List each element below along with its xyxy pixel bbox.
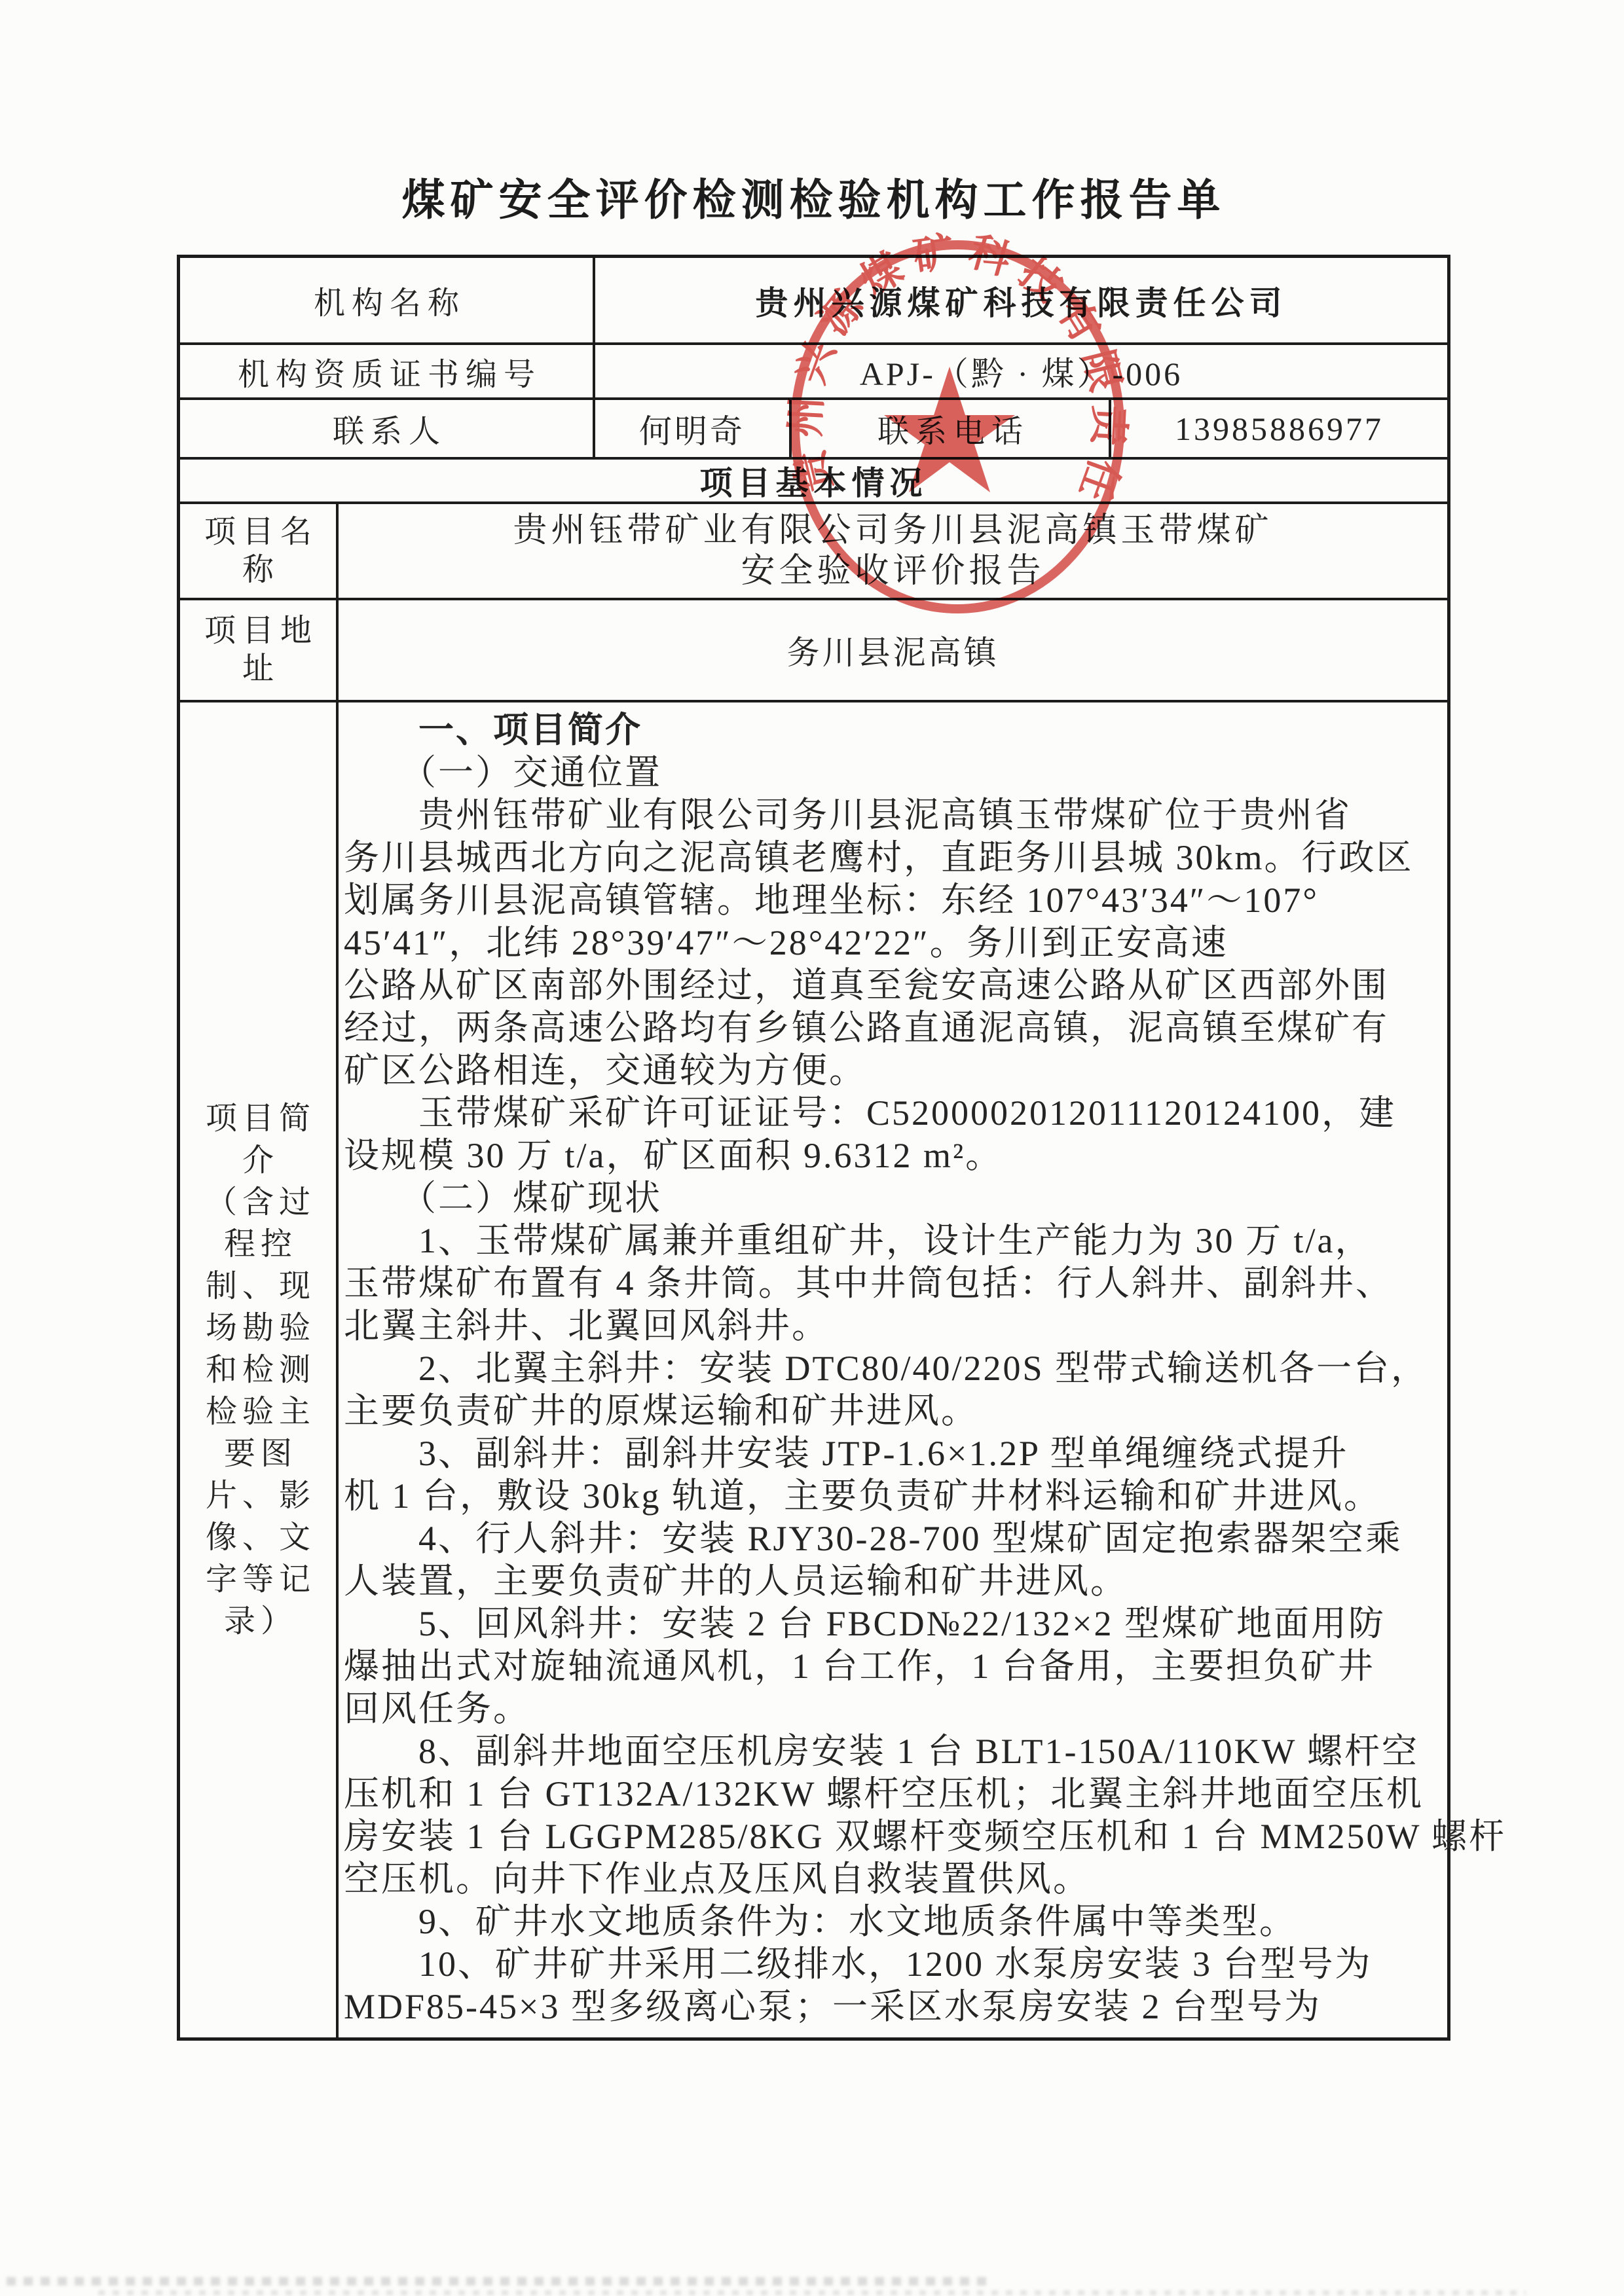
project-section-header: 项目基本情况	[700, 457, 928, 504]
agency-name-value-cell: 贵州兴源煤矿科技有限责任公司	[595, 258, 1447, 342]
project-address-label-line: 项目地	[198, 612, 318, 650]
agency-cert-value-cell: APJ-（黔 · 煤）-006	[595, 345, 1447, 397]
page-bleed-through-strip	[98, 2290, 1526, 2295]
project-address-label-cell: 项目地址	[180, 600, 339, 700]
project-address-row: 项目地址 务川县泥高镇	[180, 600, 1447, 702]
project-summary-body-line: 北翼主斜井、北翼回风斜井。	[344, 1305, 1506, 1347]
project-summary-body-line: 公路从矿区南部外围经过，道真至瓮安高速公路从矿区西部外围	[344, 964, 1506, 1007]
project-section-header-row: 项目基本情况	[180, 460, 1447, 504]
phone-label: 联系电话	[871, 406, 1029, 451]
project-summary-body-line: 主要负责矿井的原煤运输和矿井进风。	[344, 1390, 1506, 1432]
project-summary-body-line: 回风任务。	[344, 1688, 1506, 1730]
project-summary-body-line: 玉带煤矿采矿许可证证号：C5200002012011120124100，建	[344, 1092, 1506, 1135]
agency-cert-label-cell: 机构资质证书编号	[180, 345, 595, 397]
project-summary-label-line: 检验主	[200, 1391, 316, 1433]
project-summary-label-line: 介	[237, 1140, 279, 1182]
contact-label: 联系人	[326, 406, 447, 451]
project-section-header-cell: 项目基本情况	[180, 460, 1447, 501]
project-address-label-line: 址	[236, 650, 280, 688]
project-name-label-line: 项目名	[198, 513, 318, 551]
project-summary-label-line: 项目简	[200, 1098, 316, 1140]
project-name-value-cell: 贵州钰带矿业有限公司务川县泥高镇玉带煤矿安全验收评价报告	[339, 504, 1447, 598]
project-summary-body-line: 划属务川县泥高镇管辖。地理坐标：东经 107°43′34″～107°	[344, 879, 1506, 922]
page-bleed-through-strip	[7, 2277, 989, 2286]
agency-name-label-cell: 机构名称	[180, 258, 595, 342]
project-summary-body-line: （二）煤矿现状	[344, 1177, 1506, 1220]
project-summary-label-line: 字等记	[200, 1559, 316, 1601]
project-summary-label-line: 录）	[219, 1601, 297, 1643]
project-summary-label-line: 要图	[219, 1433, 297, 1475]
agency-cert-row: 机构资质证书编号 APJ-（黔 · 煤）-006	[180, 345, 1447, 400]
project-summary-label-line: 场勘验	[200, 1307, 316, 1349]
project-summary-label-cell: 项目简介（含过程控制、现场勘验和检测检验主要图片、影像、文字等记录）	[180, 702, 339, 2037]
project-summary-body-line: 4、行人斜井：安装 RJY30-28-700 型煤矿固定抱索器架空乘	[344, 1518, 1506, 1560]
scanned-report-page: 煤矿安全评价检测检验机构工作报告单 机构名称 贵州兴源煤矿科技有限责任公司 机构…	[0, 0, 1624, 2296]
project-summary-body-line: 5、回风斜井：安装 2 台 FBCD№22/132×2 型煤矿地面用防	[344, 1603, 1506, 1645]
project-summary-body-line: 玉带煤矿布置有 4 条井筒。其中井筒包括：行人斜井、副斜井、	[344, 1262, 1506, 1305]
contact-value: 何明奇	[639, 405, 745, 452]
project-summary-label-line: 程控	[219, 1224, 297, 1266]
project-summary-body-line: 务川县城西北方向之泥高镇老鹰村，直距务川县城 30km。行政区	[344, 837, 1506, 879]
project-summary-body-line: 爆抽出式对旋轴流通风机，1 台工作，1 台备用，主要担负矿井	[344, 1645, 1506, 1688]
project-summary-label-line: 制、现	[200, 1266, 316, 1307]
project-summary-body-line: 空压机。向井下作业点及压风自救装置供风。	[344, 1858, 1506, 1901]
project-summary-body-line: 2、北翼主斜井：安装 DTC80/40/220S 型带式输送机各一台，	[344, 1347, 1506, 1390]
project-summary-body-line: 3、副斜井：副斜井安装 JTP-1.6×1.2P 型单绳缠绕式提升	[344, 1432, 1506, 1475]
project-address-value: 务川县泥高镇	[787, 627, 999, 674]
project-summary-label-line: 像、文	[200, 1517, 316, 1559]
project-summary-body-line: 一、项目简介	[344, 709, 1506, 752]
project-summary-body-line: 1、玉带煤矿属兼并重组矿井，设计生产能力为 30 万 t/a，	[344, 1220, 1506, 1262]
project-summary-body-line: 房安装 1 台 LGGPM285/8KG 双螺杆变频空压机和 1 台 MM250…	[344, 1815, 1506, 1858]
report-form-table: 机构名称 贵州兴源煤矿科技有限责任公司 机构资质证书编号 APJ-（黔 · 煤）…	[177, 255, 1450, 2041]
project-summary-label-line: 片、影	[200, 1475, 316, 1517]
project-summary-body-line: 经过，两条高速公路均有乡镇公路直通泥高镇，泥高镇至煤矿有	[344, 1007, 1506, 1049]
project-name-label-line: 称	[236, 551, 280, 589]
project-name-row: 项目名称 贵州钰带矿业有限公司务川县泥高镇玉带煤矿安全验收评价报告	[180, 504, 1447, 600]
project-name-value-line: 安全验收评价报告	[741, 551, 1044, 592]
project-summary-label-line: 和检测	[200, 1349, 316, 1391]
project-summary-body-line: 设规模 30 万 t/a，矿区面积 9.6312 m²。	[344, 1135, 1506, 1177]
project-summary-body-line: （一）交通位置	[344, 752, 1506, 794]
phone-value-cell: 13985886977	[1111, 400, 1447, 457]
project-summary-body-line: 人装置，主要负责矿井的人员运输和矿井进风。	[344, 1560, 1506, 1603]
agency-name-value: 贵州兴源煤矿科技有限责任公司	[756, 277, 1287, 324]
project-summary-body-cell: 一、项目简介 （一）交通位置 贵州钰带矿业有限公司务川县泥高镇玉带煤矿位于贵州省…	[339, 702, 1511, 2037]
contact-value-cell: 何明奇	[595, 400, 792, 457]
agency-cert-value: APJ-（黔 · 煤）-006	[860, 348, 1183, 395]
project-summary-body-line: 9、矿井水文地质条件为：水文地质条件属中等类型。	[344, 1901, 1506, 1943]
project-summary-body-line: 45′41″，北纬 28°39′47″～28°42′22″。务川到正安高速	[344, 922, 1506, 964]
agency-name-label: 机构名称	[307, 278, 466, 323]
project-summary-body-line: MDF85-45×3 型多级离心泵；一采区水泵房安装 2 台型号为	[344, 1986, 1506, 2028]
contact-row: 联系人 何明奇 联系电话 13985886977	[180, 400, 1447, 460]
project-name-label-cell: 项目名称	[180, 504, 339, 598]
phone-value: 13985886977	[1175, 410, 1384, 448]
project-summary-body-line: 机 1 台，敷设 30kg 轨道，主要负责矿井材料运输和矿井进风。	[344, 1475, 1506, 1518]
project-summary-label-line: （含过	[200, 1182, 316, 1224]
project-summary-row: 项目简介（含过程控制、现场勘验和检测检验主要图片、影像、文字等记录） 一、项目简…	[180, 702, 1447, 2037]
phone-label-cell: 联系电话	[792, 400, 1111, 457]
project-summary-body-line: 10、矿井矿井采用二级排水，1200 水泵房安装 3 台型号为	[344, 1943, 1506, 1986]
project-summary-body-line: 压机和 1 台 GT132A/132KW 螺杆空压机；北翼主斜井地面空压机	[344, 1773, 1506, 1815]
agency-cert-label: 机构资质证书编号	[231, 349, 542, 394]
page-title: 煤矿安全评价检测检验机构工作报告单	[177, 165, 1450, 227]
contact-label-cell: 联系人	[180, 400, 595, 457]
agency-name-row: 机构名称 贵州兴源煤矿科技有限责任公司	[180, 258, 1447, 345]
project-name-value-line: 贵州钰带矿业有限公司务川县泥高镇玉带煤矿	[513, 511, 1272, 551]
project-summary-body-line: 矿区公路相连，交通较为方便。	[344, 1049, 1506, 1092]
project-summary-body-line: 8、副斜井地面空压机房安装 1 台 BLT1-150A/110KW 螺杆空	[344, 1730, 1506, 1773]
project-summary-body-line: 贵州钰带矿业有限公司务川县泥高镇玉带煤矿位于贵州省	[344, 794, 1506, 837]
project-address-value-cell: 务川县泥高镇	[339, 600, 1447, 700]
